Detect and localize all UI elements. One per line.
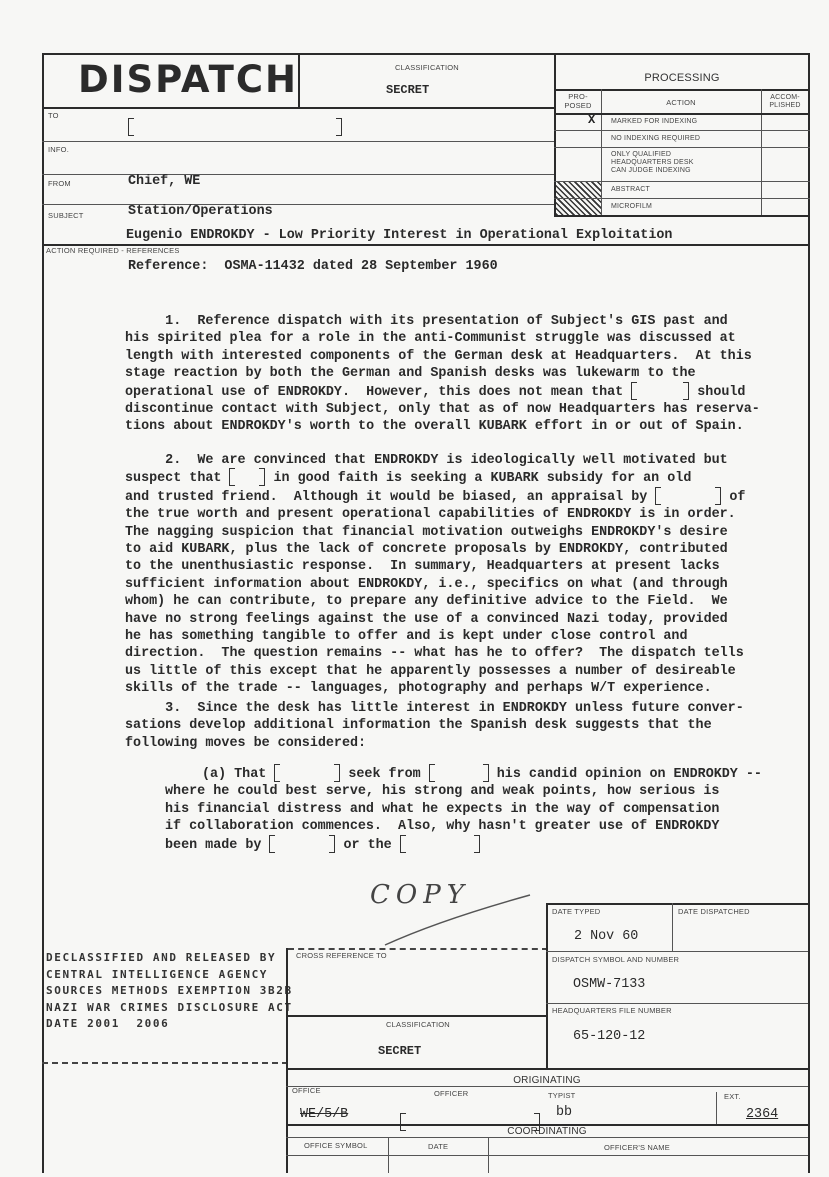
classification-value: SECRET (386, 83, 429, 97)
action-item: MARKED FOR INDEXING (611, 118, 697, 125)
divider (42, 1062, 288, 1064)
footer-classification-value: SECRET (378, 1044, 421, 1058)
divider (672, 903, 673, 951)
hq-file-value: 65-120-12 (573, 1029, 645, 1044)
action-item: NO INDEXING REQUIRED (611, 135, 700, 142)
office-value: WE/5/B (300, 1107, 348, 1122)
date-typed-value: 2 Nov 60 (574, 929, 638, 944)
dispatch-symbol-label: DISPATCH SYMBOL AND NUMBER (552, 955, 679, 964)
divider (42, 174, 554, 175)
typist-value: bb (556, 1105, 572, 1120)
redaction-bracket (229, 469, 265, 483)
paragraph-3: 3. Since the desk has little interest in… (125, 700, 744, 752)
form-footer: CROSS REFERENCE TO DATE TYPED 2 Nov 60 D… (0, 18, 829, 36)
divider (546, 903, 548, 1069)
coordinating-label: COORDINATING (286, 1126, 808, 1137)
officers-name-label: OFFICER'S NAME (604, 1143, 670, 1152)
redaction-bracket (274, 765, 340, 779)
paragraph-1: 1. Reference dispatch with its presentat… (125, 313, 760, 436)
divider (546, 1003, 808, 1004)
typist-label: TYPIST (548, 1091, 575, 1100)
subject-line-2: Eugenio ENDROKDY - Low Priority Interest… (126, 228, 672, 243)
divider (546, 951, 808, 952)
ext-label: EXT. (724, 1092, 741, 1101)
officer-label: OFFICER (434, 1089, 468, 1098)
ext-value: 2364 (746, 1107, 778, 1122)
form-title: DISPATCH (78, 58, 298, 101)
date-typed-label: DATE TYPED (552, 907, 600, 916)
frame-right (808, 53, 810, 1173)
cross-reference-label: CROSS REFERENCE TO (296, 951, 387, 960)
redaction-bracket (128, 119, 342, 133)
reference-line: Reference: OSMA-11432 dated 28 September… (128, 259, 498, 274)
redaction-bracket (429, 765, 489, 779)
office-symbol-label: OFFICE SYMBOL (304, 1141, 367, 1150)
divider (298, 53, 300, 108)
divider (286, 1068, 808, 1070)
paragraph-3a: (a) That seek from his candid opinion on… (165, 765, 762, 854)
classification-label: CLASSIFICATION (395, 63, 459, 72)
divider (42, 107, 554, 109)
hatched-cell (556, 182, 601, 198)
handwritten-stroke (380, 890, 540, 950)
redaction-bracket (400, 836, 480, 850)
action-item: ABSTRACT (611, 186, 650, 193)
col-accomplished: ACCOM- PLISHED (762, 94, 808, 110)
divider (42, 141, 554, 142)
to-label: TO (48, 111, 59, 120)
subject-label: SUBJECT (48, 211, 84, 220)
hatched-cell (556, 199, 601, 215)
divider (286, 1155, 808, 1156)
proposed-mark: X (588, 113, 595, 127)
frame-left (42, 53, 44, 1173)
office-label: OFFICE (292, 1086, 321, 1095)
frame-top (42, 53, 810, 55)
divider (554, 130, 810, 131)
date-dispatched-label: DATE DISPATCHED (678, 907, 750, 916)
divider (286, 1015, 546, 1017)
originating-label: ORIGINATING (286, 1075, 808, 1086)
address-block: TO INFO. FROM Chief, WE SUBJECT Station/… (0, 0, 829, 18)
processing-title: PROCESSING (556, 72, 808, 84)
divider (554, 147, 810, 148)
divider (554, 215, 810, 217)
action-required-label: ACTION REQUIRED - REFERENCES (46, 246, 180, 255)
col-proposed: PRO- POSED (556, 92, 600, 110)
divider (286, 948, 288, 1173)
info-label: INFO. (48, 145, 69, 154)
redaction-bracket (655, 488, 721, 502)
hq-file-label: HEADQUARTERS FILE NUMBER (552, 1006, 672, 1015)
redaction-bracket (269, 836, 335, 850)
paragraph-2: 2. We are convinced that ENDROKDY is ide… (125, 452, 745, 698)
from-value: Chief, WE (128, 174, 200, 189)
declassification-stamp: DECLASSIFIED AND RELEASED BY CENTRAL INT… (46, 950, 293, 1033)
divider (546, 903, 808, 905)
action-item: MICROFILM (611, 203, 652, 210)
footer-classification-label: CLASSIFICATION (386, 1020, 450, 1029)
dispatch-symbol-value: OSMW-7133 (573, 977, 645, 992)
divider (288, 948, 548, 950)
divider (286, 1137, 808, 1138)
subject-line-1: Station/Operations (128, 204, 273, 219)
date-label: DATE (428, 1142, 448, 1151)
divider (286, 1086, 808, 1087)
divider (554, 89, 810, 91)
divider (42, 204, 554, 205)
col-action: ACTION (602, 98, 760, 107)
divider (716, 1092, 717, 1124)
from-label: FROM (48, 179, 71, 188)
action-item: ONLY QUALIFIED HEADQUARTERS DESK CAN JUD… (611, 151, 694, 175)
redaction-bracket (631, 383, 689, 397)
